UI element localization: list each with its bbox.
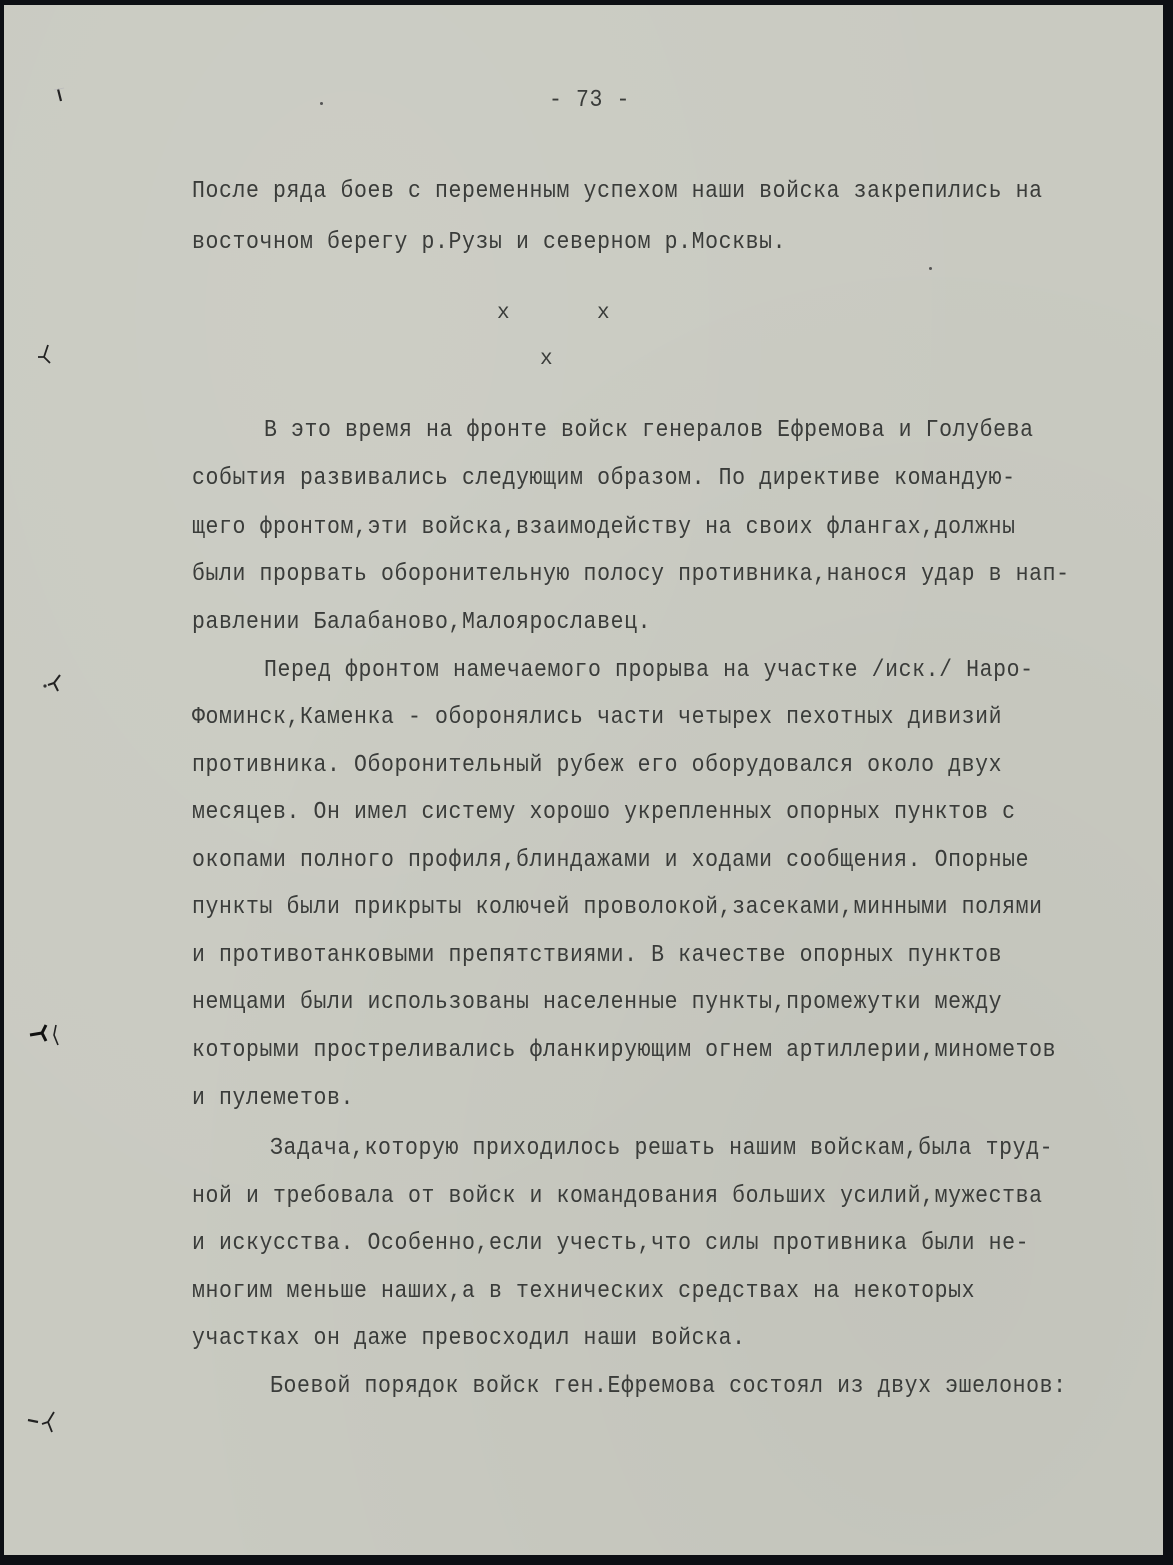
text-line: Перед фронтом намечаемого прорыва на уча… <box>264 659 1034 683</box>
text-line: участках он даже превосходил наши войска… <box>192 1327 746 1351</box>
document-page: - 73 - После ряда боев с переменным успе… <box>4 5 1163 1555</box>
page-number: - 73 - <box>549 89 630 113</box>
text-line: Задача,которую приходилось решать нашим … <box>270 1137 1053 1161</box>
punch-hole-icon <box>34 343 56 365</box>
punch-hole-icon <box>40 673 62 695</box>
section-divider-mark: x <box>540 348 553 371</box>
section-divider-mark: x <box>597 302 610 325</box>
text-line: месяцев. Он имел систему хорошо укреплен… <box>192 801 1016 825</box>
text-line: и пулеметов. <box>192 1087 354 1111</box>
text-line: и противотанковыми препятствиями. В каче… <box>192 944 1002 968</box>
text-line: Боевой порядок войск ген.Ефремова состоя… <box>270 1375 1067 1399</box>
text-line: щего фронтом,эти войска,взаимодейству на… <box>192 516 1016 540</box>
text-line: события развивались следующим образом. П… <box>192 467 1016 491</box>
text-line: противника. Оборонительный рубеж его обо… <box>192 754 1002 778</box>
paper-speck <box>320 102 323 105</box>
paper-speck <box>929 267 932 270</box>
text-line: восточном берегу р.Рузы и северном р.Мос… <box>192 231 786 255</box>
text-line: В это время на фронте войск генералов Еф… <box>264 419 1034 443</box>
text-line: и искусства. Особенно,если учесть,что си… <box>192 1232 1029 1256</box>
text-line: Фоминск,Каменка - оборонялись части четы… <box>192 706 1002 730</box>
text-line: окопами полного профиля,блиндажами и ход… <box>192 849 1029 873</box>
text-line: ной и требовала от войск и командования … <box>192 1185 1043 1209</box>
punch-hole-icon <box>48 85 70 107</box>
section-divider-mark: x <box>497 302 510 325</box>
text-line: многим меньше наших,а в технических сред… <box>192 1280 975 1304</box>
text-line: были прорвать оборонительную полосу прот… <box>192 563 1070 587</box>
punch-hole-icon <box>24 1410 58 1436</box>
punch-hole-icon <box>26 1021 66 1051</box>
text-line: немцами были использованы населенные пун… <box>192 991 1002 1015</box>
text-line: которыми простреливались фланкирующим ог… <box>192 1039 1056 1063</box>
text-line: пункты были прикрыты колючей проволокой,… <box>192 896 1043 920</box>
text-line: равлении Балабаново,Малоярославец. <box>192 611 651 635</box>
text-line: После ряда боев с переменным успехом наш… <box>192 180 1043 204</box>
